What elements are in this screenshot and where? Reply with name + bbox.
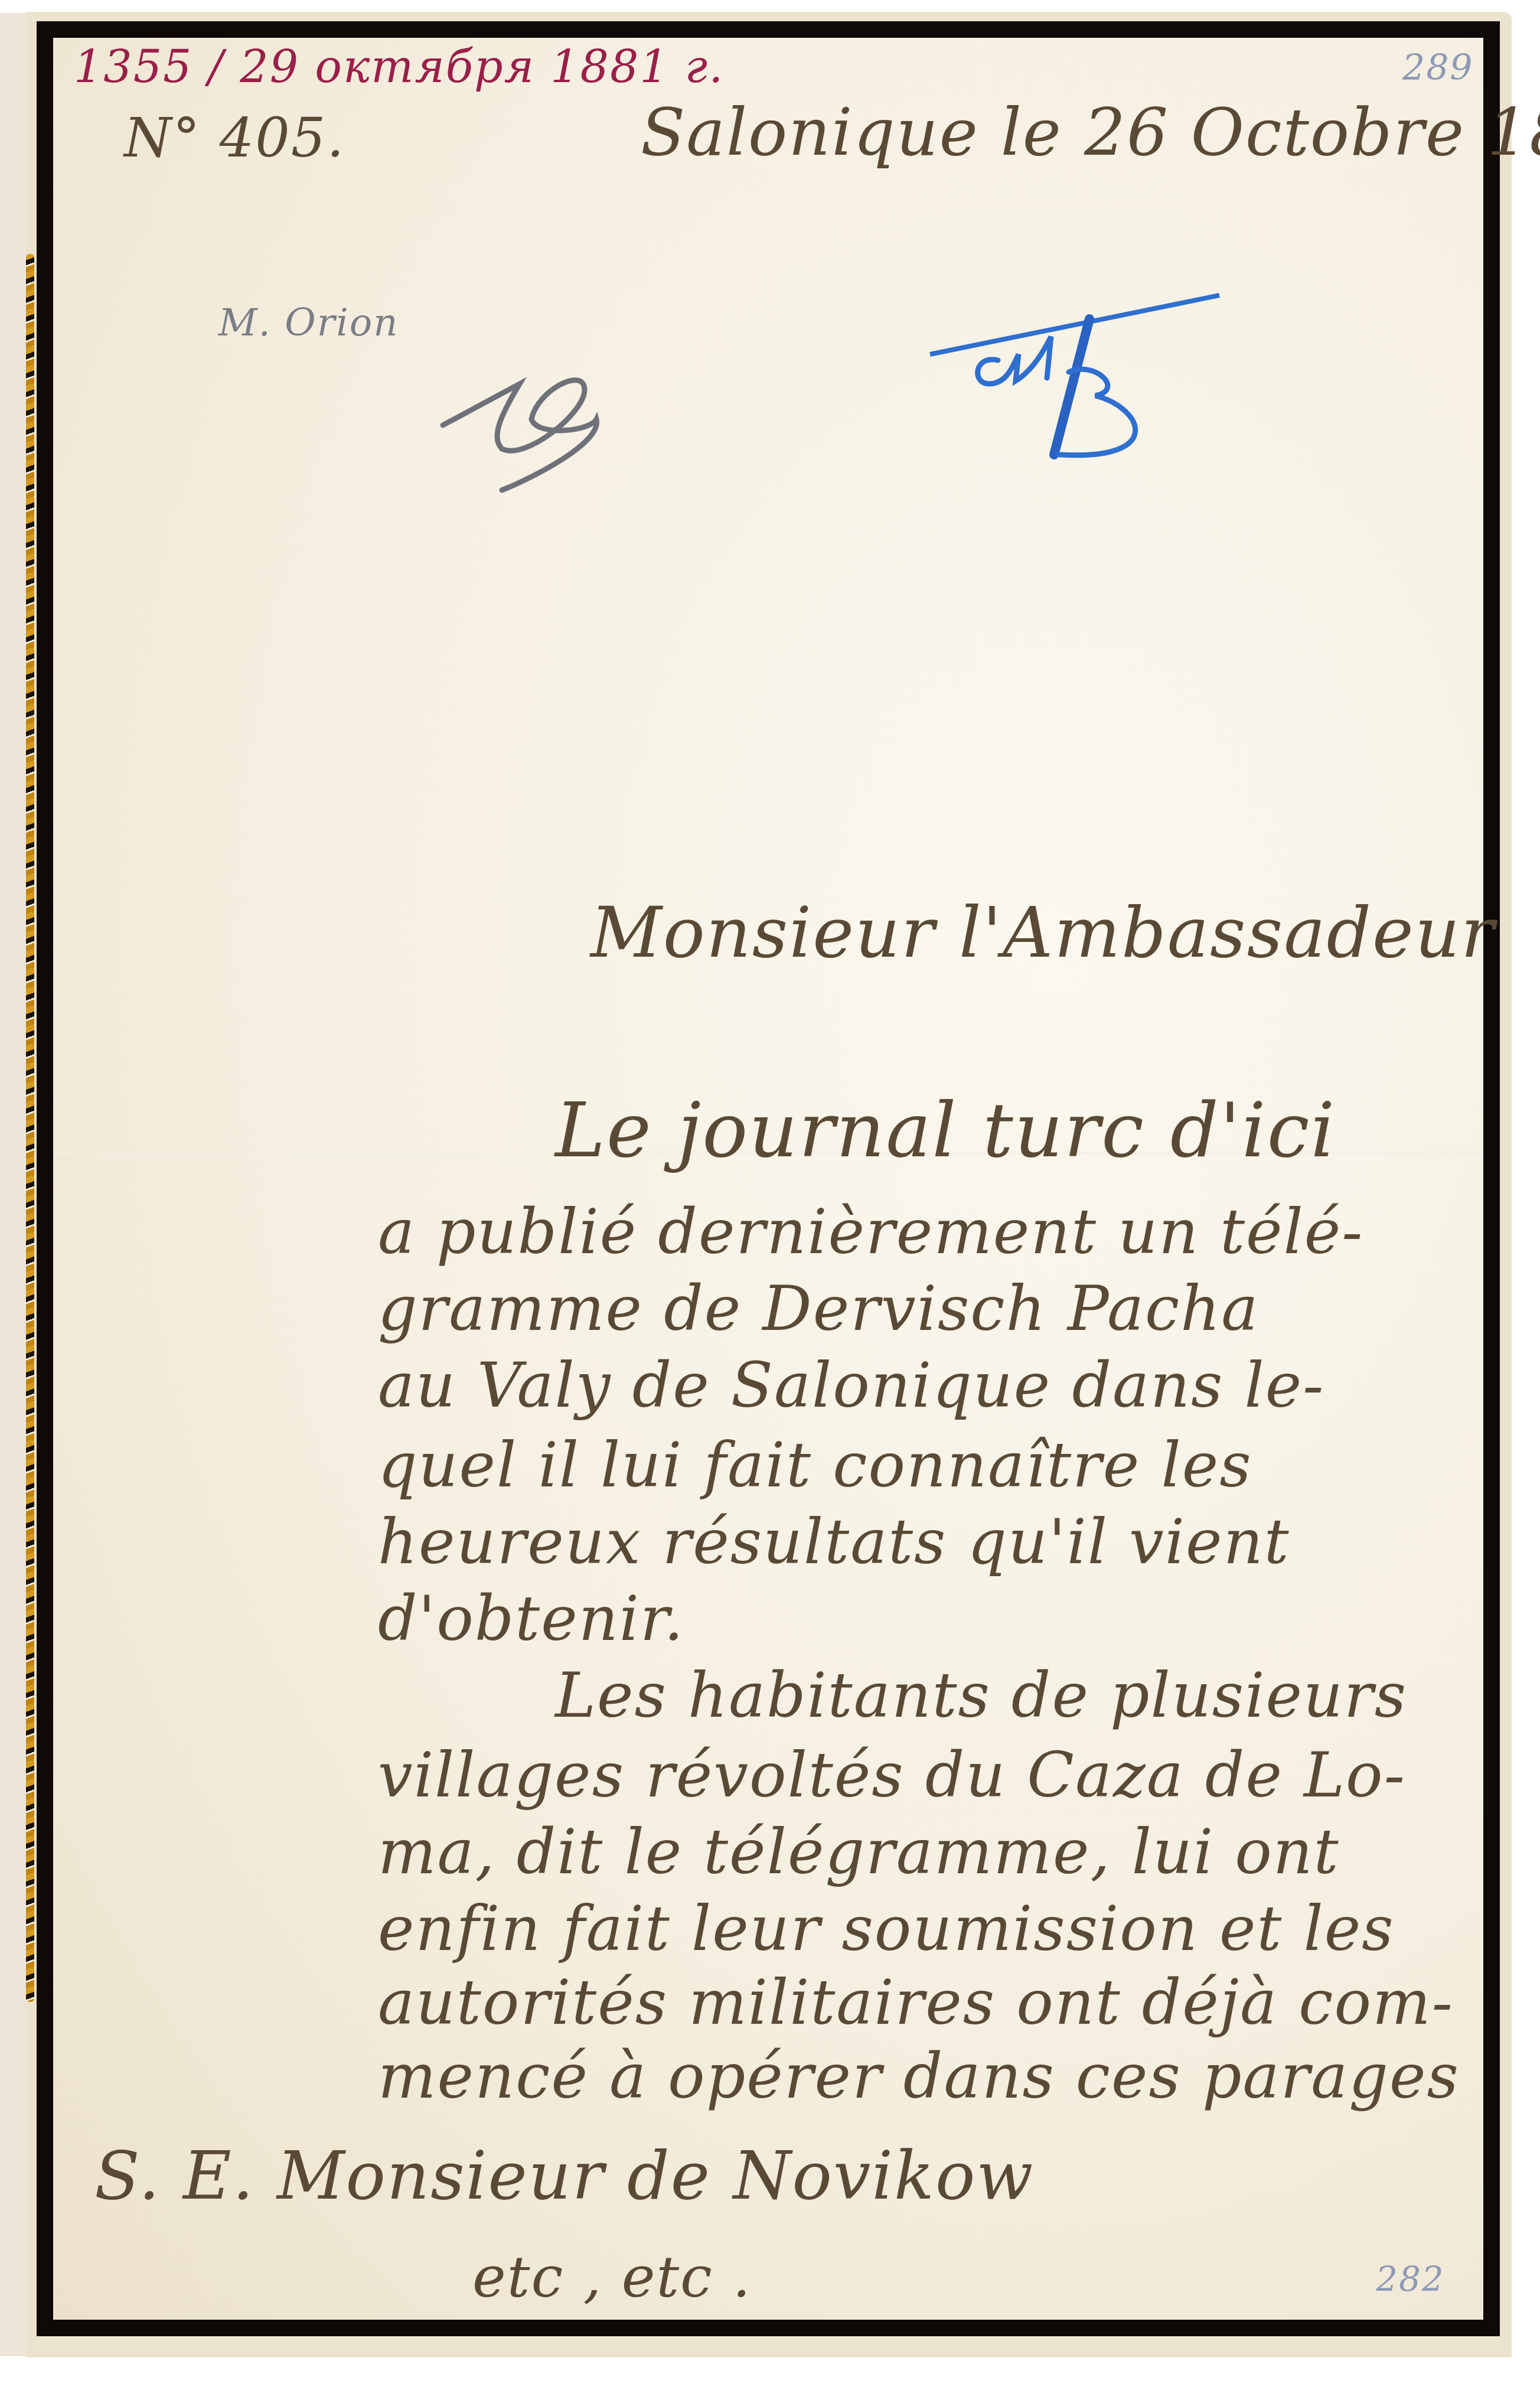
body-line: mencé à opérer dans ces parages xyxy=(378,2040,1460,2112)
body-line: Le journal turc d'ici xyxy=(555,1087,1336,1175)
folio-number-bottom: 282 xyxy=(1376,2259,1445,2299)
body-line: gramme de Dervisch Pacha xyxy=(378,1273,1259,1345)
body-line: enfin fait leur soumission et les xyxy=(378,1893,1395,1965)
body-line: ma, dit le télégramme, lui ont xyxy=(378,1816,1340,1888)
pencil-initials-icon xyxy=(437,366,638,505)
body-line: a publié dernièrement un télé- xyxy=(378,1196,1364,1268)
folio-number-top: 289 xyxy=(1402,47,1474,89)
addressee-etc: etc , etc . xyxy=(472,2244,752,2310)
binding-cord xyxy=(26,254,34,2002)
registry-note: 1355 / 29 октября 1881 г. xyxy=(74,40,724,93)
place-date: Salonique le 26 Octobre 1881. xyxy=(641,94,1540,170)
body-line: au Valy de Salonique dans le- xyxy=(378,1349,1324,1421)
body-line: quel il lui fait connaître les xyxy=(378,1429,1252,1501)
body-line: autorités militaires ont déjà com- xyxy=(378,1967,1454,2039)
body-line: heureux résultats qu'il vient xyxy=(378,1506,1290,1578)
dispatch-number: N° 405. xyxy=(124,106,345,169)
blue-pencil-mark-icon xyxy=(918,283,1225,481)
salutation: Monsieur l'Ambassadeur xyxy=(590,892,1495,973)
body-line: villages révoltés du Caza de Lo- xyxy=(378,1739,1406,1811)
body-line: Les habitants de plusieurs xyxy=(555,1659,1407,1731)
body-line: d'obtenir. xyxy=(378,1583,684,1655)
pencil-note: M. Orion xyxy=(218,301,399,345)
addressee-name: S. E. Monsieur de Novikow xyxy=(94,2138,1034,2215)
